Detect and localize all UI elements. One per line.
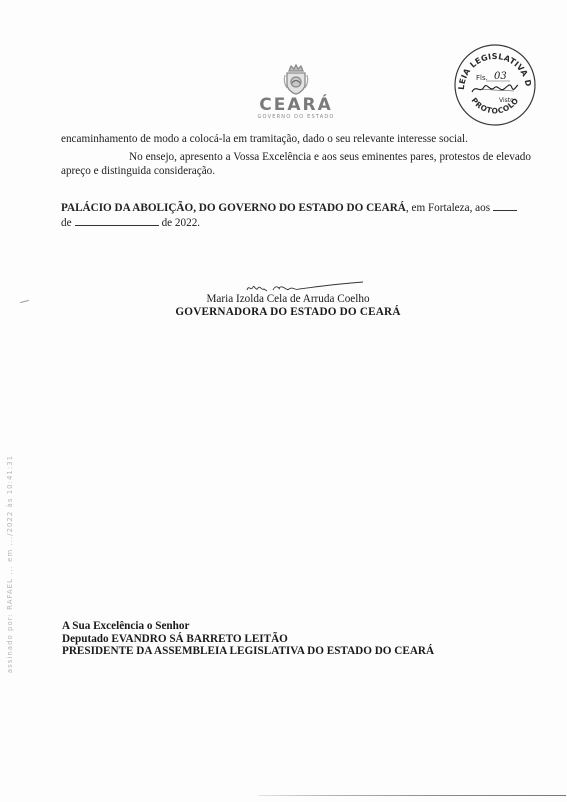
place-city: , em Fortaleza, aos [406, 202, 490, 214]
svg-text:Visto: Visto [499, 97, 514, 104]
margin-mark [20, 300, 29, 303]
month-blank [75, 216, 159, 226]
protocol-stamp-icon: ASSEMBLEIA LEGISLATIVA DO CEARÁ PROTOCOL… [452, 42, 538, 128]
addressee-block: A Sua Excelência o Senhor Deputado EVAND… [62, 620, 434, 658]
addressee-title: PRESIDENTE DA ASSEMBLEIA LEGISLATIVA DO … [62, 645, 434, 658]
place-and-date: PALÁCIO DA ABOLIÇÃO, DO GOVERNO DO ESTAD… [61, 201, 531, 230]
date-prefix: de [61, 217, 72, 229]
addressee-salutation: A Sua Excelência o Senhor [62, 620, 434, 633]
logo-wordmark: CEARÁ [240, 97, 352, 114]
svg-text:ASSEMBLEIA LEGISLATIVA DO CEAR: ASSEMBLEIA LEGISLATIVA DO CEARÁ [452, 42, 533, 90]
signatory-role: GOVERNADORA DO ESTADO DO CEARÁ [150, 306, 426, 319]
addressee-name: Deputado EVANDRO SÁ BARRETO LEITÃO [62, 633, 434, 646]
state-coat-of-arms-icon [281, 62, 311, 96]
protocol-seal: ASSEMBLEIA LEGISLATIVA DO CEARÁ PROTOCOL… [452, 42, 538, 128]
place-name: PALÁCIO DA ABOLIÇÃO, DO GOVERNO DO ESTAD… [61, 202, 406, 214]
signatory-name: Maria Izolda Cela de Arruda Coelho [170, 293, 406, 306]
svg-text:03: 03 [494, 71, 507, 82]
state-logo: CEARÁ GOVERNO DO ESTADO [240, 62, 352, 120]
date-suffix: de 2022. [162, 217, 201, 229]
paragraph-closing-text: No ensejo, apresento a Vossa Excelência … [61, 151, 531, 177]
paragraph-closing: No ensejo, apresento a Vossa Excelência … [61, 151, 531, 178]
day-blank [493, 201, 517, 211]
document-page: CEARÁ GOVERNO DO ESTADO ASSEMBLEIA LEGIS… [0, 0, 567, 802]
logo-subtitle: GOVERNO DO ESTADO [240, 114, 352, 120]
digital-signature-side-stamp: assinado por: RAFAEL ... em .../2022 às … [6, 394, 14, 734]
bottom-rule [258, 795, 566, 796]
paragraph-encaminhamento: encaminhamento de modo a colocá-la em tr… [61, 133, 531, 147]
